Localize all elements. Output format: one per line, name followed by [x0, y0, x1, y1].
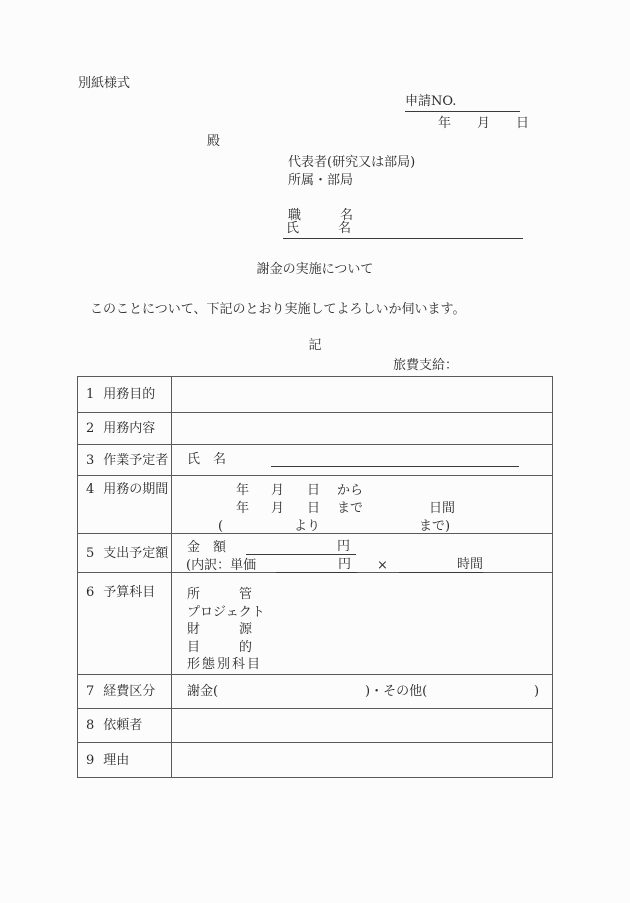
period-from: から: [337, 484, 363, 497]
unit-price-field[interactable]: 円: [276, 558, 357, 573]
row-label-requester: 8依頼者: [78, 709, 172, 742]
cell-budget[interactable]: 所 管 プロジェクト 財 源 目 的 形態別科目: [172, 573, 552, 674]
period-month-1: 月: [271, 484, 284, 497]
row-label-purpose: 1用務目的: [78, 377, 172, 412]
amount-field[interactable]: 円: [246, 540, 356, 555]
cell-requester-input[interactable]: [172, 709, 552, 742]
other-open: )・その他(: [365, 685, 427, 698]
times-sign: ×: [377, 559, 388, 572]
shakin-open: 謝金(: [187, 685, 218, 698]
table-row: 3作業予定者 氏 名: [78, 445, 552, 476]
row-label-content: 2用務内容: [78, 413, 172, 444]
row-label-expenditure: 5支出予定額: [78, 534, 172, 572]
table-row: 1用務目的: [78, 377, 552, 413]
table-row: 6予算科目 所 管 プロジェクト 財 源 目 的 形態別科目: [78, 573, 552, 675]
body-text: このことについて、下記のとおり実施してよろしいか伺います。: [90, 303, 465, 316]
table-row: 8依頼者: [78, 709, 552, 743]
budget-line-keitai: 形態別科目: [187, 656, 552, 674]
period-to: まで: [337, 502, 363, 515]
period-made-close: まで): [419, 520, 450, 533]
table-row: 7経費区分 謝金( )・その他( ): [78, 675, 552, 709]
row-label-period: 4用務の期間: [78, 476, 172, 533]
period-day-2: 日: [307, 502, 320, 515]
budget-line-project: プロジェクト: [187, 604, 552, 622]
date-line[interactable]: 年 月 日: [438, 117, 529, 130]
cell-period[interactable]: 年 月 日 から 年 月 日 まで 日間 ( より まで): [172, 476, 552, 533]
affiliation-label: 所属・部局: [288, 174, 353, 187]
other-close: ): [534, 685, 539, 698]
document-title: 謝金の実施について: [0, 263, 630, 276]
main-table: 1用務目的 2用務内容 3作業予定者 氏 名 4用務の期間 年 月 日 から 年: [77, 376, 553, 778]
period-year-1: 年: [236, 484, 249, 497]
name-field[interactable]: 氏 名: [283, 222, 523, 239]
table-row: 2用務内容: [78, 413, 552, 445]
period-days: 日間: [429, 502, 455, 515]
ki-label: 記: [0, 339, 630, 352]
period-day-1: 日: [307, 484, 320, 497]
application-no-field[interactable]: 申請NO.: [405, 95, 520, 112]
row-label-reason: 9理由: [78, 743, 172, 777]
amount-label: 金 額: [187, 541, 226, 554]
representative-label: 代表者(研究又は部局): [288, 156, 415, 169]
addressee-suffix: 殿: [207, 135, 220, 148]
travel-expense-label: 旅費支給：: [393, 359, 458, 372]
form-page: 別紙様式 申請NO. 年 月 日 殿 代表者(研究又は部局) 所属・部局 職 名…: [0, 0, 630, 903]
period-month-2: 月: [271, 502, 284, 515]
table-row: 4用務の期間 年 月 日 から 年 月 日 まで 日間 ( より まで): [78, 476, 552, 534]
sheet-format-label: 別紙様式: [78, 77, 130, 90]
hours-field[interactable]: 時間: [399, 558, 483, 573]
budget-line-zaigen: 財 源: [187, 621, 552, 639]
period-year-2: 年: [236, 502, 249, 515]
table-row: 9理由: [78, 743, 552, 777]
worker-name-field[interactable]: [271, 453, 519, 467]
breakdown-label: (内訳：単価: [186, 559, 256, 572]
budget-line-shokan: 所 管: [187, 586, 552, 604]
period-paren-open: (: [218, 520, 223, 533]
cell-content-input[interactable]: [172, 413, 552, 444]
cell-expense-category[interactable]: 謝金( )・その他( ): [172, 675, 552, 708]
row-label-expense-category: 7経費区分: [78, 675, 172, 708]
cell-purpose-input[interactable]: [172, 377, 552, 412]
table-row: 5支出予定額 金 額 円 (内訳：単価 円 × 時間: [78, 534, 552, 573]
row-label-budget: 6予算科目: [78, 573, 172, 674]
worker-name-label: 氏 名: [187, 453, 226, 466]
budget-line-mokuteki: 目 的: [187, 639, 552, 657]
cell-worker: 氏 名: [172, 445, 552, 475]
cell-reason-input[interactable]: [172, 743, 552, 777]
cell-expenditure: 金 額 円 (内訳：単価 円 × 時間: [172, 534, 552, 572]
row-label-worker: 3作業予定者: [78, 445, 172, 475]
period-yori: より: [294, 520, 320, 533]
